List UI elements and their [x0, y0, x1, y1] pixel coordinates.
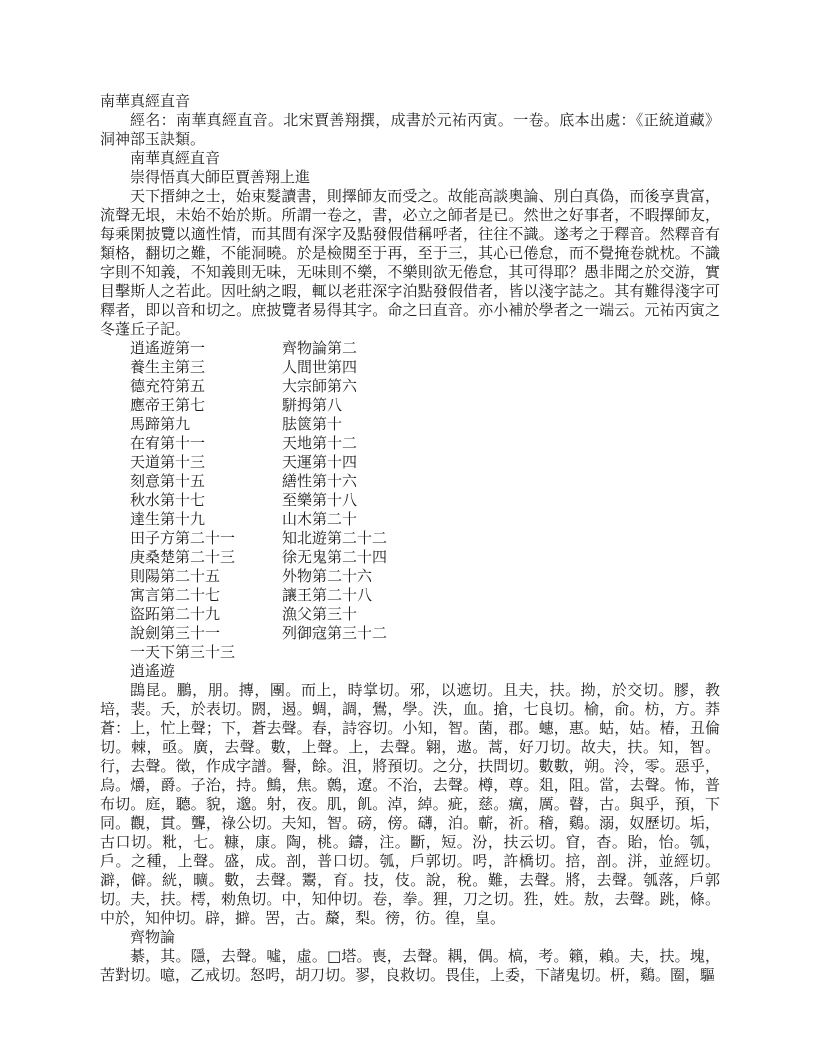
toc-row: 寓言第二十七讓王第二十八 — [100, 586, 720, 605]
toc-entry: 說劍第三十一 — [130, 624, 282, 643]
toc-row: 庚桑楚第二十三徐无鬼第二十四 — [100, 548, 720, 567]
toc-row: 說劍第三十一列御寇第三十二 — [100, 624, 720, 643]
toc-row: 盜跖第二十九漁父第三十 — [100, 605, 720, 624]
colophon-paragraph: 經名：南華真經直音。北宋賈善翔撰，成書於元祐丙寅。一卷。底本出處：《正統道藏》洞… — [100, 111, 720, 149]
toc-row: 在宥第十一天地第十二 — [100, 434, 720, 453]
toc-entry: 應帝王第七 — [130, 396, 282, 415]
toc-entry: 繕性第十六 — [282, 472, 357, 491]
section-heading: 逍遙遊 — [100, 662, 720, 681]
section-xiaoyaoyou: 逍遙遊 鵾昆。鵬，朋。摶，團。而上，時掌切。邪，以遮切。且夫，扶。拗，於交切。膠… — [100, 662, 720, 928]
toc-entry: 大宗師第六 — [282, 377, 357, 396]
toc-entry: 在宥第十一 — [130, 434, 282, 453]
toc-entry: 漁父第三十 — [282, 605, 357, 624]
toc-entry: 盜跖第二十九 — [130, 605, 282, 624]
section-qiwulun: 齊物論 綦，其。隱，去聲。噓，虛。□塔。喪，去聲。耦，偶。槁，考。籟，賴。夫，扶… — [100, 928, 720, 985]
toc-row: 逍遙遊第一齊物論第二 — [100, 339, 720, 358]
toc-entry: 讓王第二十八 — [282, 586, 372, 605]
toc-entry: 天道第十三 — [130, 453, 282, 472]
toc-entry: 一天下第三十三 — [130, 643, 282, 662]
toc-entry: 人間世第四 — [282, 358, 357, 377]
toc-entry: 天地第十二 — [282, 434, 357, 453]
document-page: 南華真經直音 經名：南華真經直音。北宋賈善翔撰，成書於元祐丙寅。一卷。底本出處：… — [0, 0, 816, 1056]
section-heading: 齊物論 — [100, 928, 720, 947]
toc-row: 達生第十九山木第二十 — [100, 510, 720, 529]
document-title: 南華真經直音 — [100, 92, 720, 111]
toc-entry: 天運第十四 — [282, 453, 357, 472]
toc-entry: 駢拇第八 — [282, 396, 342, 415]
toc-entry: 徐无鬼第二十四 — [282, 548, 387, 567]
toc-entry: 刻意第十五 — [130, 472, 282, 491]
toc-row: 一天下第三十三 — [100, 643, 720, 662]
toc-entry: 秋水第十七 — [130, 491, 282, 510]
table-of-contents: 逍遙遊第一齊物論第二 養生主第三人間世第四 德充符第五大宗師第六 應帝王第七駢拇… — [100, 339, 720, 662]
section-body: 鵾昆。鵬，朋。摶，團。而上，時掌切。邪，以遮切。且夫，扶。拗，於交切。膠，教培，… — [100, 681, 720, 928]
toc-row: 秋水第十七至樂第十八 — [100, 491, 720, 510]
toc-entry: 至樂第十八 — [282, 491, 357, 510]
toc-entry: 逍遙遊第一 — [130, 339, 282, 358]
toc-entry: 德充符第五 — [130, 377, 282, 396]
toc-entry: 知北遊第二十二 — [282, 529, 387, 548]
toc-entry: 達生第十九 — [130, 510, 282, 529]
toc-row: 應帝王第七駢拇第八 — [100, 396, 720, 415]
toc-entry: 齊物論第二 — [282, 339, 357, 358]
toc-entry: 外物第二十六 — [282, 567, 372, 586]
toc-row: 天道第十三天運第十四 — [100, 453, 720, 472]
toc-entry: 養生主第三 — [130, 358, 282, 377]
toc-entry: 山木第二十 — [282, 510, 357, 529]
toc-row: 田子方第二十一知北遊第二十二 — [100, 529, 720, 548]
attribution-line: 崇得悟真大師臣賈善翔上進 — [100, 168, 720, 187]
toc-entry: 寓言第二十七 — [130, 586, 282, 605]
toc-row: 馬蹄第九胠篋第十 — [100, 415, 720, 434]
toc-row: 則陽第二十五外物第二十六 — [100, 567, 720, 586]
toc-row: 養生主第三人間世第四 — [100, 358, 720, 377]
inner-title: 南華真經直音 — [100, 149, 720, 168]
toc-entry: 胠篋第十 — [282, 415, 342, 434]
toc-entry: 列御寇第三十二 — [282, 624, 387, 643]
toc-row: 德充符第五大宗師第六 — [100, 377, 720, 396]
preface-paragraph: 天下搢紳之士，始束髮讀書，則擇師友而受之。故能高談奧論、別白真偽，而後享貴富，流… — [100, 187, 720, 339]
toc-entry: 田子方第二十一 — [130, 529, 282, 548]
section-body: 綦，其。隱，去聲。噓，虛。□塔。喪，去聲。耦，偶。槁，考。籟，賴。夫，扶。塊，苦… — [100, 947, 720, 985]
toc-row: 刻意第十五繕性第十六 — [100, 472, 720, 491]
toc-entry: 則陽第二十五 — [130, 567, 282, 586]
toc-entry: 馬蹄第九 — [130, 415, 282, 434]
toc-entry: 庚桑楚第二十三 — [130, 548, 282, 567]
